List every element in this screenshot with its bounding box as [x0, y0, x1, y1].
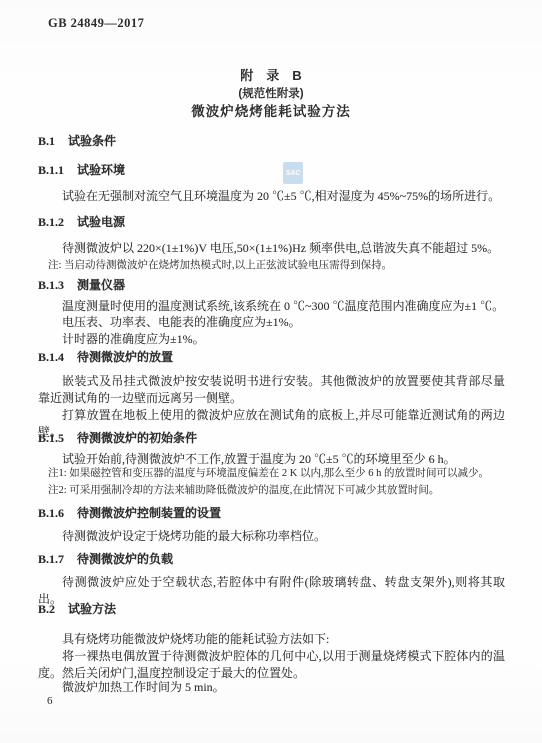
section-heading-b1-1: B.1.1试验环境 [38, 163, 505, 178]
paragraph: 待测微波炉以 220×(1±1%)V 电压,50×(1±1%)Hz 频率供电,总… [38, 240, 505, 257]
section-label: 待测微波炉的初始条件 [77, 431, 197, 445]
section-number: B.1.5 [38, 431, 64, 445]
paragraph: 微波炉加热工作时间为 5 min。 [38, 679, 505, 696]
section-label: 试验条件 [68, 134, 116, 148]
paragraph: 电压表、功率表、电能表的准确度应为±1%。 [38, 314, 505, 331]
paragraph: 待测微波炉设定于烧烤功能的最大标称功率档位。 [38, 528, 505, 545]
section-number: B.1.1 [38, 163, 64, 177]
section-label: 测量仪器 [77, 278, 125, 292]
section-label: 试验方法 [68, 602, 116, 616]
section-number: B.1.7 [38, 552, 64, 566]
note-2: 注2: 可采用强制冷却的方法来辅助降低微波炉的温度,在此情况下可减少其放置时间。 [38, 483, 515, 498]
section-number: B.1.3 [38, 278, 64, 292]
paragraph: 计时器的准确度应为±1%。 [38, 331, 505, 348]
section-heading-b1-5: B.1.5待测微波炉的初始条件 [38, 431, 505, 446]
section-label: 待测微波炉的负载 [77, 552, 173, 566]
note: 注: 当启动待测微波炉在烧烤加热模式时,以上正弦波试验电压需得到保持。 [38, 258, 515, 273]
paragraph: 试验在无强制对流空气且环境温度为 20 ℃±5 ℃,相对湿度为 45%~75%的… [38, 188, 505, 205]
section-number: B.2 [38, 602, 55, 616]
paragraph: 将一裸热电偶放置于待测微波炉腔体的几何中心,以用于测量烧烤模式下腔体内的温度。然… [38, 648, 505, 682]
paragraph: 具有烧烤功能微波炉烧烤功能的能耗试验方法如下: [38, 631, 505, 648]
section-heading-b1-6: B.1.6待测微波炉控制装置的设置 [38, 506, 505, 521]
section-number: B.1 [38, 134, 55, 148]
section-number: B.1.4 [38, 350, 64, 364]
section-heading-b1: B.1试验条件 [38, 134, 505, 149]
section-number: B.1.2 [38, 215, 64, 229]
appendix-subtitle: (规范性附录) [0, 85, 542, 101]
standard-number: GB 24849—2017 [48, 16, 144, 31]
section-heading-b1-2: B.1.2试验电源 [38, 215, 505, 230]
section-heading-b1-4: B.1.4待测微波炉的放置 [38, 350, 505, 365]
section-label: 待测微波炉控制装置的设置 [77, 506, 221, 520]
paragraph: 温度测量时使用的温度测试系统,该系统在 0 ℃~300 ℃温度范围内准确度应为±… [38, 298, 505, 315]
section-label: 待测微波炉的放置 [77, 350, 173, 364]
document-page: GB 24849—2017 SAC 附 录 B (规范性附录) 微波炉烧烤能耗试… [0, 0, 542, 743]
section-label: 试验电源 [77, 215, 125, 229]
note-1: 注1: 如果磁控管和变压器的温度与环境温度偏差在 2 K 以内,那么至少 6 h… [38, 466, 515, 481]
appendix-title: 附 录 B [0, 65, 542, 84]
page-number: 6 [47, 695, 53, 707]
paragraph: 嵌装式及吊挂式微波炉按安装说明书进行安装。其他微波炉的放置要使其背部尽量靠近测试… [38, 373, 505, 407]
section-number: B.1.6 [38, 506, 64, 520]
section-label: 试验环境 [77, 163, 125, 177]
section-heading-b2: B.2试验方法 [38, 602, 505, 617]
section-heading-b1-7: B.1.7待测微波炉的负载 [38, 552, 505, 567]
document-title: 微波炉烧烤能耗试验方法 [0, 100, 542, 120]
section-heading-b1-3: B.1.3测量仪器 [38, 278, 505, 293]
